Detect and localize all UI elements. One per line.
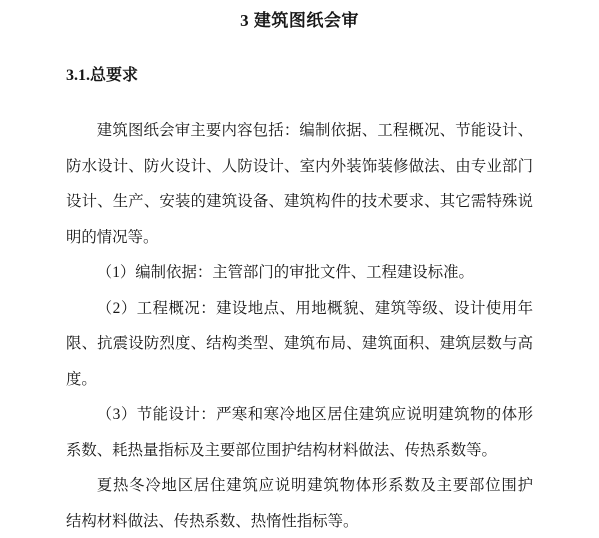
paragraph-line: （1）编制依据：主管部门的审批文件、工程建设标准。 [66, 255, 533, 291]
paragraph-line: 限、抗震设防烈度、结构类型、建筑布局、建筑面积、建筑层数与高 [66, 326, 533, 362]
paragraph-line: （2）工程概况：建设地点、用地概貌、建筑等级、设计使用年 [66, 291, 533, 327]
document-title: 3 建筑图纸会审 [0, 8, 599, 34]
document-body: 建筑图纸会审主要内容包括：编制依据、工程概况、节能设计、 防水设计、防火设计、人… [66, 113, 533, 538]
paragraph-line: 度。 [66, 362, 533, 398]
paragraph-line: 夏热冬冷地区居住建筑应说明建筑物体形系数及主要部位围护 [66, 468, 533, 504]
section-heading: 3.1.总要求 [66, 63, 138, 89]
paragraph-line: 建筑图纸会审主要内容包括：编制依据、工程概况、节能设计、 [66, 113, 533, 149]
document-page: 3 建筑图纸会审 3.1.总要求 建筑图纸会审主要内容包括：编制依据、工程概况、… [0, 0, 599, 538]
paragraph-line: 结构材料做法、传热系数、热惰性指标等。 [66, 504, 533, 538]
paragraph-line: 系数、耗热量指标及主要部位围护结构材料做法、传热系数等。 [66, 433, 533, 469]
paragraph-line: 明的情况等。 [66, 220, 533, 256]
paragraph-line: 设计、生产、安装的建筑设备、建筑构件的技术要求、其它需特殊说 [66, 184, 533, 220]
paragraph-line: （3）节能设计：严寒和寒冷地区居住建筑应说明建筑物的体形 [66, 397, 533, 433]
paragraph-line: 防水设计、防火设计、人防设计、室内外装饰装修做法、由专业部门 [66, 149, 533, 185]
